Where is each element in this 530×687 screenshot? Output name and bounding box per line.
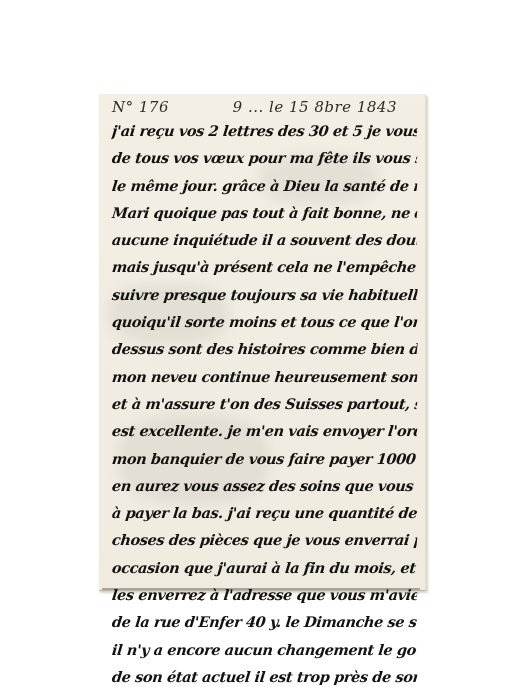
text-line: suivre presque toujours sa vie habituell… xyxy=(111,282,419,309)
text-line: et à m'assure t'on des Suisses partout, … xyxy=(111,391,419,418)
text-line: en aurez vous assez des soins que vous c… xyxy=(111,473,419,500)
text-line: quoiqu'il sorte moins et tous ce que l'o… xyxy=(111,309,419,336)
text-line: mais jusqu'à présent cela ne l'empêche p… xyxy=(111,254,419,281)
text-line: de son état actuel il est trop près de s… xyxy=(111,664,419,687)
text-line: les enverrez à l'adresse que vous m'avie… xyxy=(111,582,419,609)
letter-body: N° 176 9 ... le 15 8bre 1843 j'ai reçu v… xyxy=(112,96,417,687)
text-line: de la rue d'Enfer 40 y. le Dimanche se s… xyxy=(111,609,419,636)
text-line: dessus sont des histoires comme bien des… xyxy=(111,336,419,363)
text-line: j'ai reçu vos 2 lettres des 30 et 5 je v… xyxy=(111,118,419,145)
text-line: mon banquier de vous faire payer 1000 fr… xyxy=(111,446,419,473)
letter-header: N° 176 9 ... le 15 8bre 1843 xyxy=(112,96,417,118)
text-line: aucune inquiétude il a souvent des doule… xyxy=(111,227,419,254)
text-line: choses des pièces que je vous enverrai p… xyxy=(111,527,419,554)
text-line: à payer la bas. j'ai reçu une quantité d… xyxy=(111,500,419,527)
text-line: Mari quoique pas tout à fait bonne, ne d… xyxy=(111,200,419,227)
text-line: occasion que j'aurai à la fin du mois, e… xyxy=(111,555,419,582)
text-line: est excellente. je m'en vais envoyer l'o… xyxy=(111,418,419,445)
letter-date: 9 ... le 15 8bre 1843 xyxy=(233,96,397,118)
text-line: mon neveu continue heureusement son voya… xyxy=(111,364,419,391)
text-line: de tous vos vœux pour ma fête ils vous s… xyxy=(111,145,419,172)
letter-number: N° 176 xyxy=(112,96,169,118)
text-line: le même jour. grâce à Dieu la santé de m… xyxy=(111,173,419,200)
text-line: il n'y a encore aucun changement le gouv… xyxy=(111,637,419,664)
